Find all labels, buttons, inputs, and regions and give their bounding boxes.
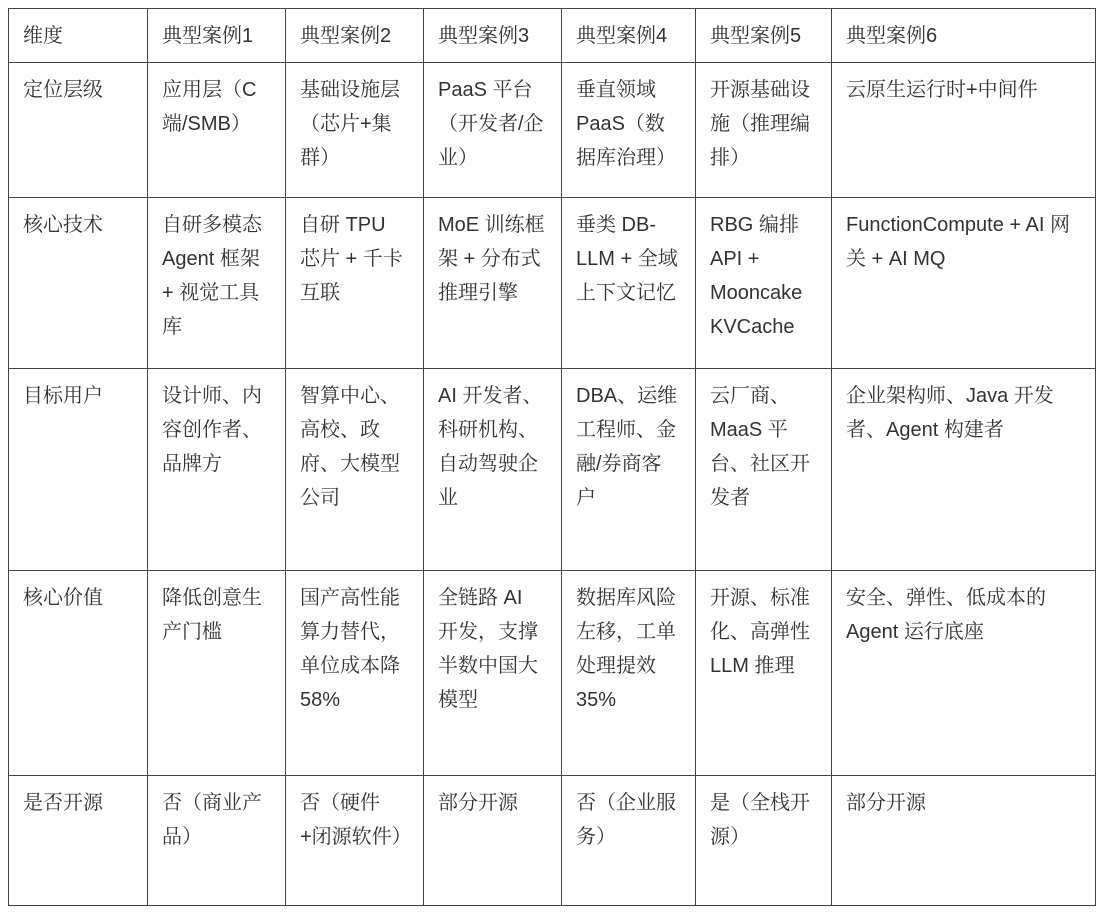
- table-row-positioning: 定位层级 应用层（C端/SMB） 基础设施层（芯片+集群） PaaS 平台（开发…: [9, 63, 1096, 198]
- case-cell: 垂直领域 PaaS（数据库治理）: [562, 63, 696, 198]
- case-cell: 安全、弹性、低成本的 Agent 运行底座: [832, 571, 1096, 776]
- case-cell: PaaS 平台（开发者/企业）: [424, 63, 562, 198]
- column-header-dimension: 维度: [9, 9, 148, 63]
- column-header-case6: 典型案例6: [832, 9, 1096, 63]
- dimension-cell: 核心价值: [9, 571, 148, 776]
- case-cell: 基础设施层（芯片+集群）: [286, 63, 424, 198]
- case-cell: 部分开源: [424, 776, 562, 906]
- header-row: 维度 典型案例1 典型案例2 典型案例3 典型案例4 典型案例5 典型案例6: [9, 9, 1096, 63]
- dimension-cell: 目标用户: [9, 369, 148, 571]
- dimension-cell: 定位层级: [9, 63, 148, 198]
- case-cell: 智算中心、高校、政府、大模型公司: [286, 369, 424, 571]
- case-cell: 是（全栈开源）: [696, 776, 832, 906]
- case-cell: RBG 编排 API + Mooncake KVCache: [696, 198, 832, 369]
- case-cell: 自研多模态 Agent 框架 + 视觉工具库: [148, 198, 286, 369]
- dimension-cell: 核心技术: [9, 198, 148, 369]
- case-cell: 否（硬件+闭源软件）: [286, 776, 424, 906]
- case-cell: 应用层（C端/SMB）: [148, 63, 286, 198]
- case-cell: FunctionCompute + AI 网关 + AI MQ: [832, 198, 1096, 369]
- case-cell: 否（企业服务）: [562, 776, 696, 906]
- case-cell: 否（商业产品）: [148, 776, 286, 906]
- column-header-case4: 典型案例4: [562, 9, 696, 63]
- case-cell: 开源、标准化、高弹性 LLM 推理: [696, 571, 832, 776]
- page: 维度 典型案例1 典型案例2 典型案例3 典型案例4 典型案例5 典型案例6 定…: [0, 8, 1102, 920]
- case-cell: 企业架构师、Java 开发者、Agent 构建者: [832, 369, 1096, 571]
- case-cell: 垂类 DB-LLM + 全域上下文记忆: [562, 198, 696, 369]
- case-cell: 部分开源: [832, 776, 1096, 906]
- case-cell: MoE 训练框架 + 分布式推理引擎: [424, 198, 562, 369]
- case-cell: 云原生运行时+中间件: [832, 63, 1096, 198]
- case-cell: 国产高性能算力替代，单位成本降58%: [286, 571, 424, 776]
- table-row-core-tech: 核心技术 自研多模态 Agent 框架 + 视觉工具库 自研 TPU 芯片 + …: [9, 198, 1096, 369]
- case-cell: 开源基础设施（推理编排）: [696, 63, 832, 198]
- case-cell: DBA、运维工程师、金融/券商客户: [562, 369, 696, 571]
- case-cell: 降低创意生产门槛: [148, 571, 286, 776]
- case-cell: 自研 TPU 芯片 + 千卡互联: [286, 198, 424, 369]
- case-cell: 数据库风险左移，工单处理提效35%: [562, 571, 696, 776]
- column-header-case3: 典型案例3: [424, 9, 562, 63]
- column-header-case2: 典型案例2: [286, 9, 424, 63]
- dimension-cell: 是否开源: [9, 776, 148, 906]
- column-header-case1: 典型案例1: [148, 9, 286, 63]
- comparison-table: 维度 典型案例1 典型案例2 典型案例3 典型案例4 典型案例5 典型案例6 定…: [8, 8, 1096, 906]
- case-cell: 设计师、内容创作者、品牌方: [148, 369, 286, 571]
- case-cell: 全链路 AI 开发，支撑半数中国大模型: [424, 571, 562, 776]
- table-row-target-users: 目标用户 设计师、内容创作者、品牌方 智算中心、高校、政府、大模型公司 AI 开…: [9, 369, 1096, 571]
- column-header-case5: 典型案例5: [696, 9, 832, 63]
- table-row-core-value: 核心价值 降低创意生产门槛 国产高性能算力替代，单位成本降58% 全链路 AI …: [9, 571, 1096, 776]
- case-cell: AI 开发者、科研机构、自动驾驶企业: [424, 369, 562, 571]
- case-cell: 云厂商、MaaS 平台、社区开发者: [696, 369, 832, 571]
- table-row-open-source: 是否开源 否（商业产品） 否（硬件+闭源软件） 部分开源 否（企业服务） 是（全…: [9, 776, 1096, 906]
